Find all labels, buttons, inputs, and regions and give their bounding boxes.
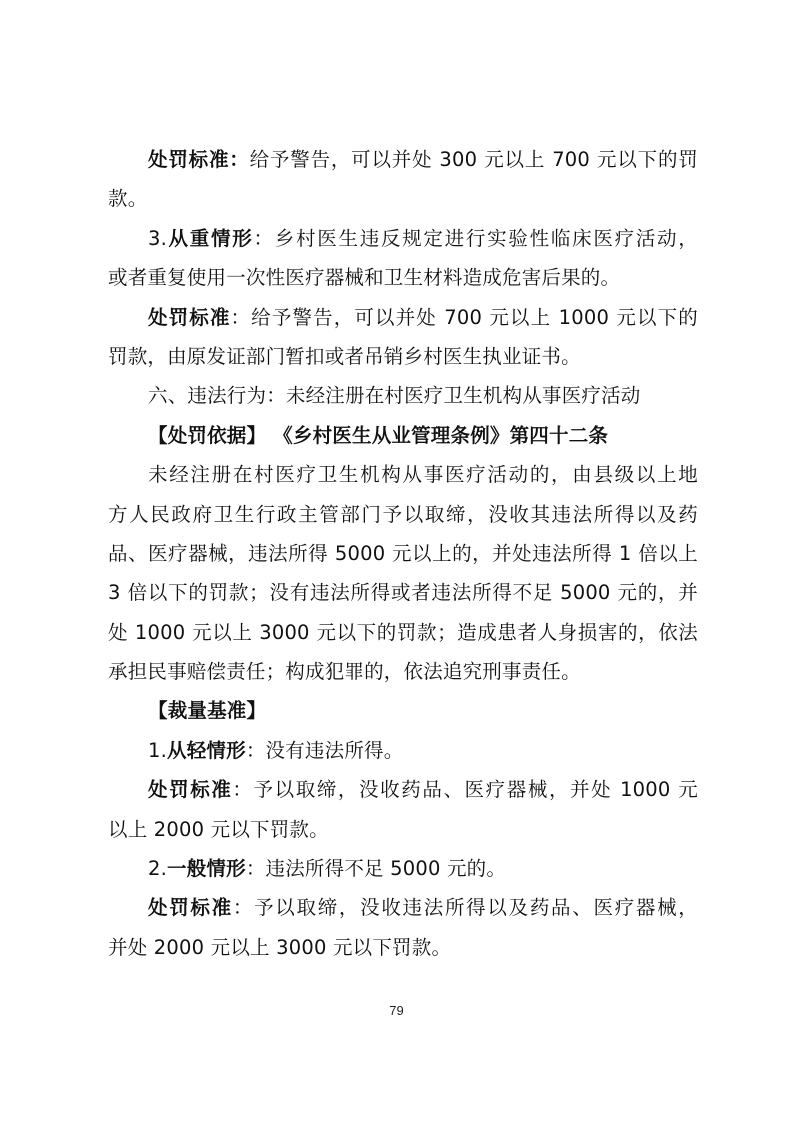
line-text: 六、违法行为：未经注册在村医疗卫生机构从事医疗活动	[148, 384, 641, 407]
paragraph-line: 方人民政府卫生行政主管部门予以取缔，没收其违法所得以及药	[108, 495, 698, 534]
paragraph-line: 罚款，由原发证部门暂扣或者吊销乡村医生执业证书。	[108, 337, 698, 376]
paragraph-line: 2.一般情形：违法所得不足 5000 元的。	[108, 849, 698, 888]
paragraph-line: 品、医疗器械，违法所得 5000 元以上的，并处违法所得 1 倍以上	[108, 534, 698, 573]
paragraph-line: 处罚标准：给予警告，可以并处 700 元以上 1000 元以下的	[108, 298, 698, 337]
document-page: 处罚标准：给予警告，可以并处 300 元以上 700 元以下的罚 款。 3.从重…	[108, 140, 698, 967]
paragraph-line: 未经注册在村医疗卫生机构从事医疗活动的，由县级以上地	[108, 455, 698, 494]
line-text: 罚款，由原发证部门暂扣或者吊销乡村医生执业证书。	[108, 345, 581, 368]
list-number: 2.	[148, 857, 167, 880]
page-number: 79	[0, 1003, 793, 1018]
bold-label: 处罚标准	[148, 306, 231, 329]
line-text: 承担民事赔偿责任；构成犯罪的，依法追究刑事责任。	[108, 660, 581, 683]
paragraph-line: 或者重复使用一次性医疗器械和卫生材料造成危害后果的。	[108, 258, 698, 297]
line-text: ：没有违法所得。	[246, 739, 404, 762]
paragraph-line: 处罚标准：给予警告，可以并处 300 元以上 700 元以下的罚	[108, 140, 698, 179]
list-number: 3.	[148, 227, 167, 250]
list-number: 1.	[148, 739, 167, 762]
bold-label: 一般情形	[167, 857, 246, 880]
line-text: 款。	[108, 187, 147, 210]
line-text: ：给予警告，可以并处 700 元以上 1000 元以下的	[231, 306, 698, 329]
paragraph-line: 处 1000 元以上 3000 元以下的罚款；造成患者人身损害的，依法	[108, 613, 698, 652]
line-text: ：予以取缔，没收违法所得以及药品、医疗器械，	[233, 896, 698, 919]
legal-basis-heading: 【处罚依据】 《乡村医生从业管理条例》第四十二条	[108, 416, 698, 455]
paragraph-line: 3.从重情形：乡村医生违反规定进行实验性临床医疗活动，	[108, 219, 698, 258]
section-heading: 六、违法行为：未经注册在村医疗卫生机构从事医疗活动	[108, 376, 698, 415]
line-text: ：予以取缔，没收药品、医疗器械，并处 1000 元	[232, 778, 698, 801]
paragraph-line: 3 倍以下的罚款；没有违法所得或者违法所得不足 5000 元的，并	[108, 573, 698, 612]
line-text: 3 倍以下的罚款；没有违法所得或者违法所得不足 5000 元的，并	[108, 581, 698, 604]
bold-label: 处罚标准：	[148, 148, 250, 171]
line-text: 给予警告，可以并处 300 元以上 700 元以下的罚	[250, 148, 698, 171]
line-text: 未经注册在村医疗卫生机构从事医疗活动的，由县级以上地	[148, 463, 698, 486]
bold-label: 从轻情形	[167, 739, 246, 762]
bold-label: 处罚标准	[148, 896, 233, 919]
line-text: 品、医疗器械，违法所得 5000 元以上的，并处违法所得 1 倍以上	[108, 542, 698, 565]
discretion-heading: 【裁量基准】	[108, 691, 698, 730]
line-text: 以上 2000 元以下罚款。	[108, 818, 329, 841]
paragraph-line: 以上 2000 元以下罚款。	[108, 810, 698, 849]
paragraph-line: 1.从轻情形：没有违法所得。	[108, 731, 698, 770]
bold-label: 处罚标准	[148, 778, 232, 801]
line-text: 或者重复使用一次性医疗器械和卫生材料造成危害后果的。	[108, 266, 620, 289]
line-text: 并处 2000 元以上 3000 元以下罚款。	[108, 936, 451, 959]
paragraph-line: 承担民事赔偿责任；构成犯罪的，依法追究刑事责任。	[108, 652, 698, 691]
bold-label: 【裁量基准】	[148, 699, 266, 722]
bold-label: 从重情形	[167, 227, 254, 250]
line-text: ：违法所得不足 5000 元的。	[246, 857, 506, 880]
paragraph-line: 处罚标准：予以取缔，没收违法所得以及药品、医疗器械，	[108, 888, 698, 927]
line-text: 方人民政府卫生行政主管部门予以取缔，没收其违法所得以及药	[108, 503, 698, 526]
bold-label: 【处罚依据】 《乡村医生从业管理条例》第四十二条	[148, 424, 608, 447]
paragraph-line: 并处 2000 元以上 3000 元以下罚款。	[108, 928, 698, 967]
paragraph-line: 处罚标准：予以取缔，没收药品、医疗器械，并处 1000 元	[108, 770, 698, 809]
line-text: ：乡村医生违反规定进行实验性临床医疗活动，	[254, 227, 698, 250]
line-text: 处 1000 元以上 3000 元以下的罚款；造成患者人身损害的，依法	[108, 621, 698, 644]
paragraph-line: 款。	[108, 179, 698, 218]
